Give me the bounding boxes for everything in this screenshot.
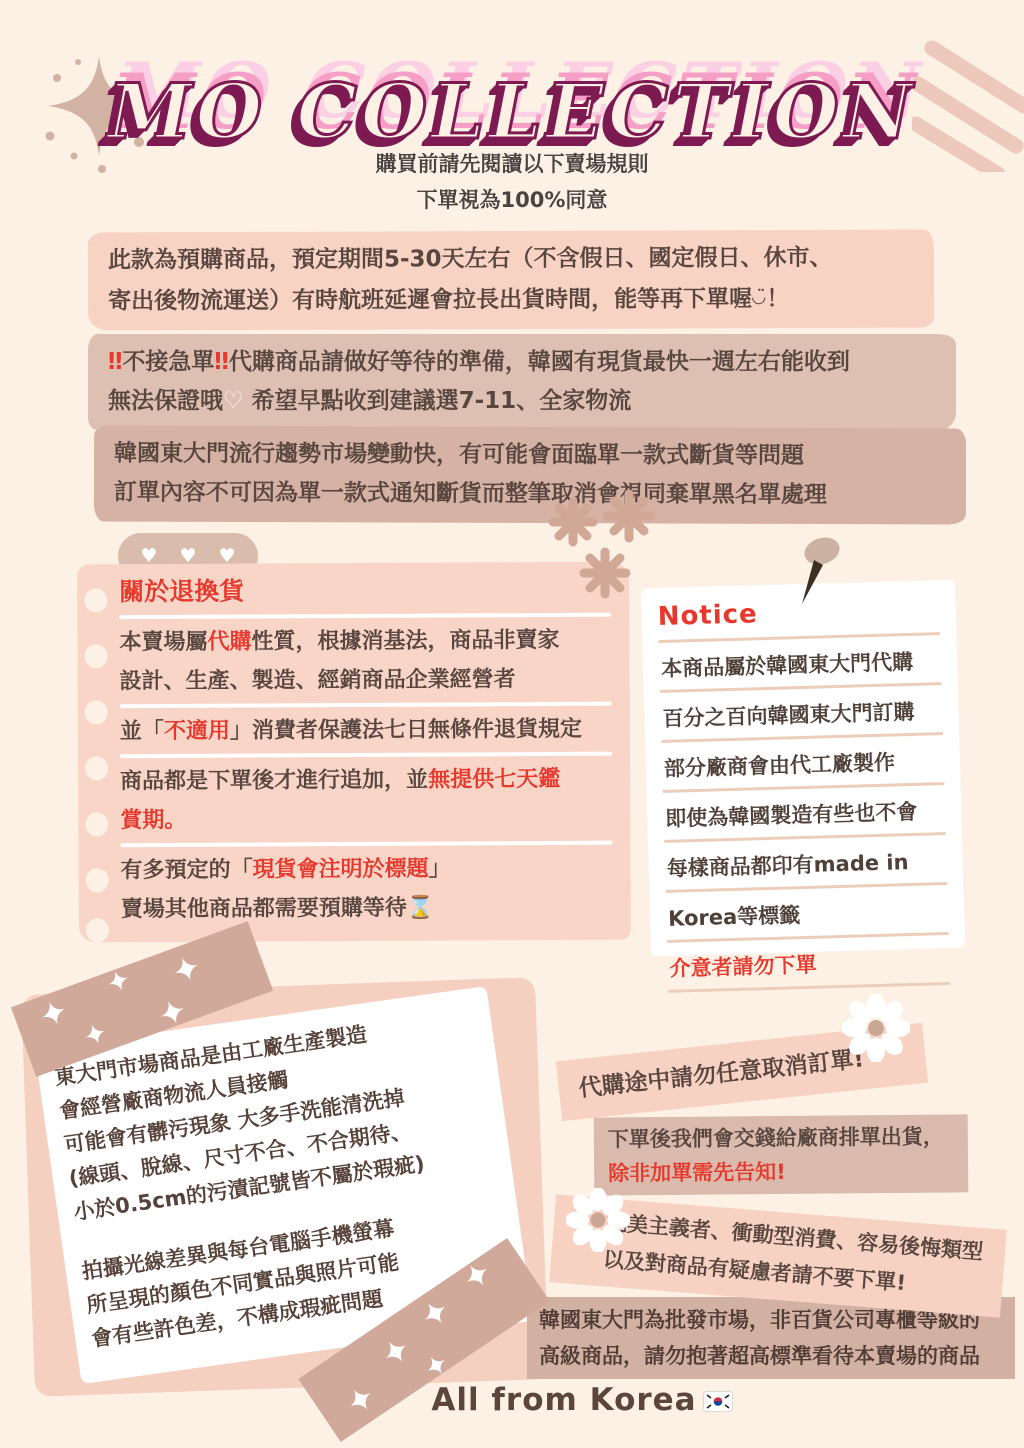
notice-line: 本商品屬於韓國東大門代購 [658, 635, 941, 690]
returns-line: 商品都是下單後才進行追加，並無提供七天鑑 [120, 765, 612, 798]
returns-line: 賣場其他商品都需要預購等待⌛ [121, 893, 613, 926]
divider [120, 752, 612, 759]
rule-box-dongdaemun-stock: 韓國東大門流行趨勢市場變動快，有可能會面臨單一款式斷貨等問題 訂單內容不可因為單… [94, 425, 966, 524]
notice-line: 每樣商品都印有made in [664, 835, 947, 890]
divider [119, 613, 611, 620]
heart-icon: ♥ [179, 547, 196, 566]
returns-line: 設計、生產、製造、經銷商品企業經營者 [120, 665, 612, 698]
korea-flag-icon [703, 1391, 733, 1412]
rule-line: 此款為預購商品，預定期間5-30天左右（不含假日、國定假日、休市、 [108, 239, 914, 281]
returns-policy-note: 關於退換貨 本賣場屬代購性質，根據消基法，商品非賣家 設計、生產、製造、經銷商品… [77, 562, 631, 943]
returns-line: 並「不適用」消費者保護法七日無條件退貨規定 [120, 715, 612, 748]
notepad-holes [84, 588, 110, 928]
pushpin-icon [786, 534, 848, 618]
returns-line: 有多預定的「現貨會注明於標題」 [121, 854, 613, 887]
rule-line: ‼不接急單‼代購商品請做好等待的準備，韓國有現貨最快一週左右能收到 [108, 343, 936, 382]
rule-box-preorder: 此款為預購商品，預定期間5-30天左右（不含假日、國定假日、休市、 寄出後物流運… [88, 230, 934, 331]
rule-line: 寄出後物流運送）有時航班延遲會拉長出貨時間，能等再下單喔◡̈！ [108, 278, 914, 322]
returns-title: 關於退換貨 [119, 574, 611, 609]
rule-box-no-rush-orders: ‼不接急單‼代購商品請做好等待的準備，韓國有現貨最快一週左右能收到 無法保證哦♡… [88, 334, 956, 430]
returns-line: 賞期。 [120, 804, 612, 837]
strip-text: 高級商品，請勿抱著超高標準看待本賣場的商品 [539, 1338, 1003, 1374]
notice-line: 即使為韓國製造有些也不會 [663, 785, 946, 840]
notice-line: Korea等標籤 [665, 885, 948, 940]
daisy-icon [842, 994, 910, 1062]
notice-warning: 介意者請勿下單 [667, 935, 950, 990]
strip-text: 下單後我們會交錢給廠商排單出貨， [608, 1119, 954, 1156]
rule-line: 無法保證哦♡ 希望早點收到建議選7-11、全家物流 [108, 382, 936, 421]
strip-text-warning: 除非加單需先告知! [608, 1153, 954, 1190]
strip-payment-notice: 下單後我們會交錢給廠商排單出貨， 除非加單需先告知! [594, 1114, 969, 1195]
notice-line: 部分廠商會由代工廠製作 [661, 735, 944, 790]
divider [120, 702, 612, 709]
divider [120, 841, 612, 848]
rule-line: 韓國東大門流行趨勢市場變動快，有可能會面臨單一款式斷貨等問題 [114, 435, 946, 477]
title-text: MO COLLECTION [0, 62, 1024, 162]
returns-line: 本賣場屬代購性質，根據消基法，商品非賣家 [119, 626, 611, 659]
daisy-icon [566, 1188, 630, 1252]
subtitle-line-2: 下單視為100%同意 [0, 184, 1024, 214]
strip-text: 代購途中請勿任意取消訂單! [578, 1046, 866, 1102]
promo-poster: MO COLLECTION MO COLLECTION MO COLLECTIO… [0, 0, 1024, 1448]
notice-note: Notice 本商品屬於韓國東大門代購 百分之百向韓國東大門訂購 部分廠商會由代… [641, 580, 965, 957]
rule-line: 訂單內容不可因為單一款式通知斷貨而整筆取消會視同棄單黑名單處理 [114, 474, 946, 516]
footer-text: All from Korea [431, 1382, 696, 1418]
heart-icon: ♥ [140, 547, 157, 566]
notice-line: 百分之百向韓國東大門訂購 [660, 685, 943, 740]
subtitle-line-1: 購買前請先閱讀以下賣場規則 [0, 148, 1024, 178]
